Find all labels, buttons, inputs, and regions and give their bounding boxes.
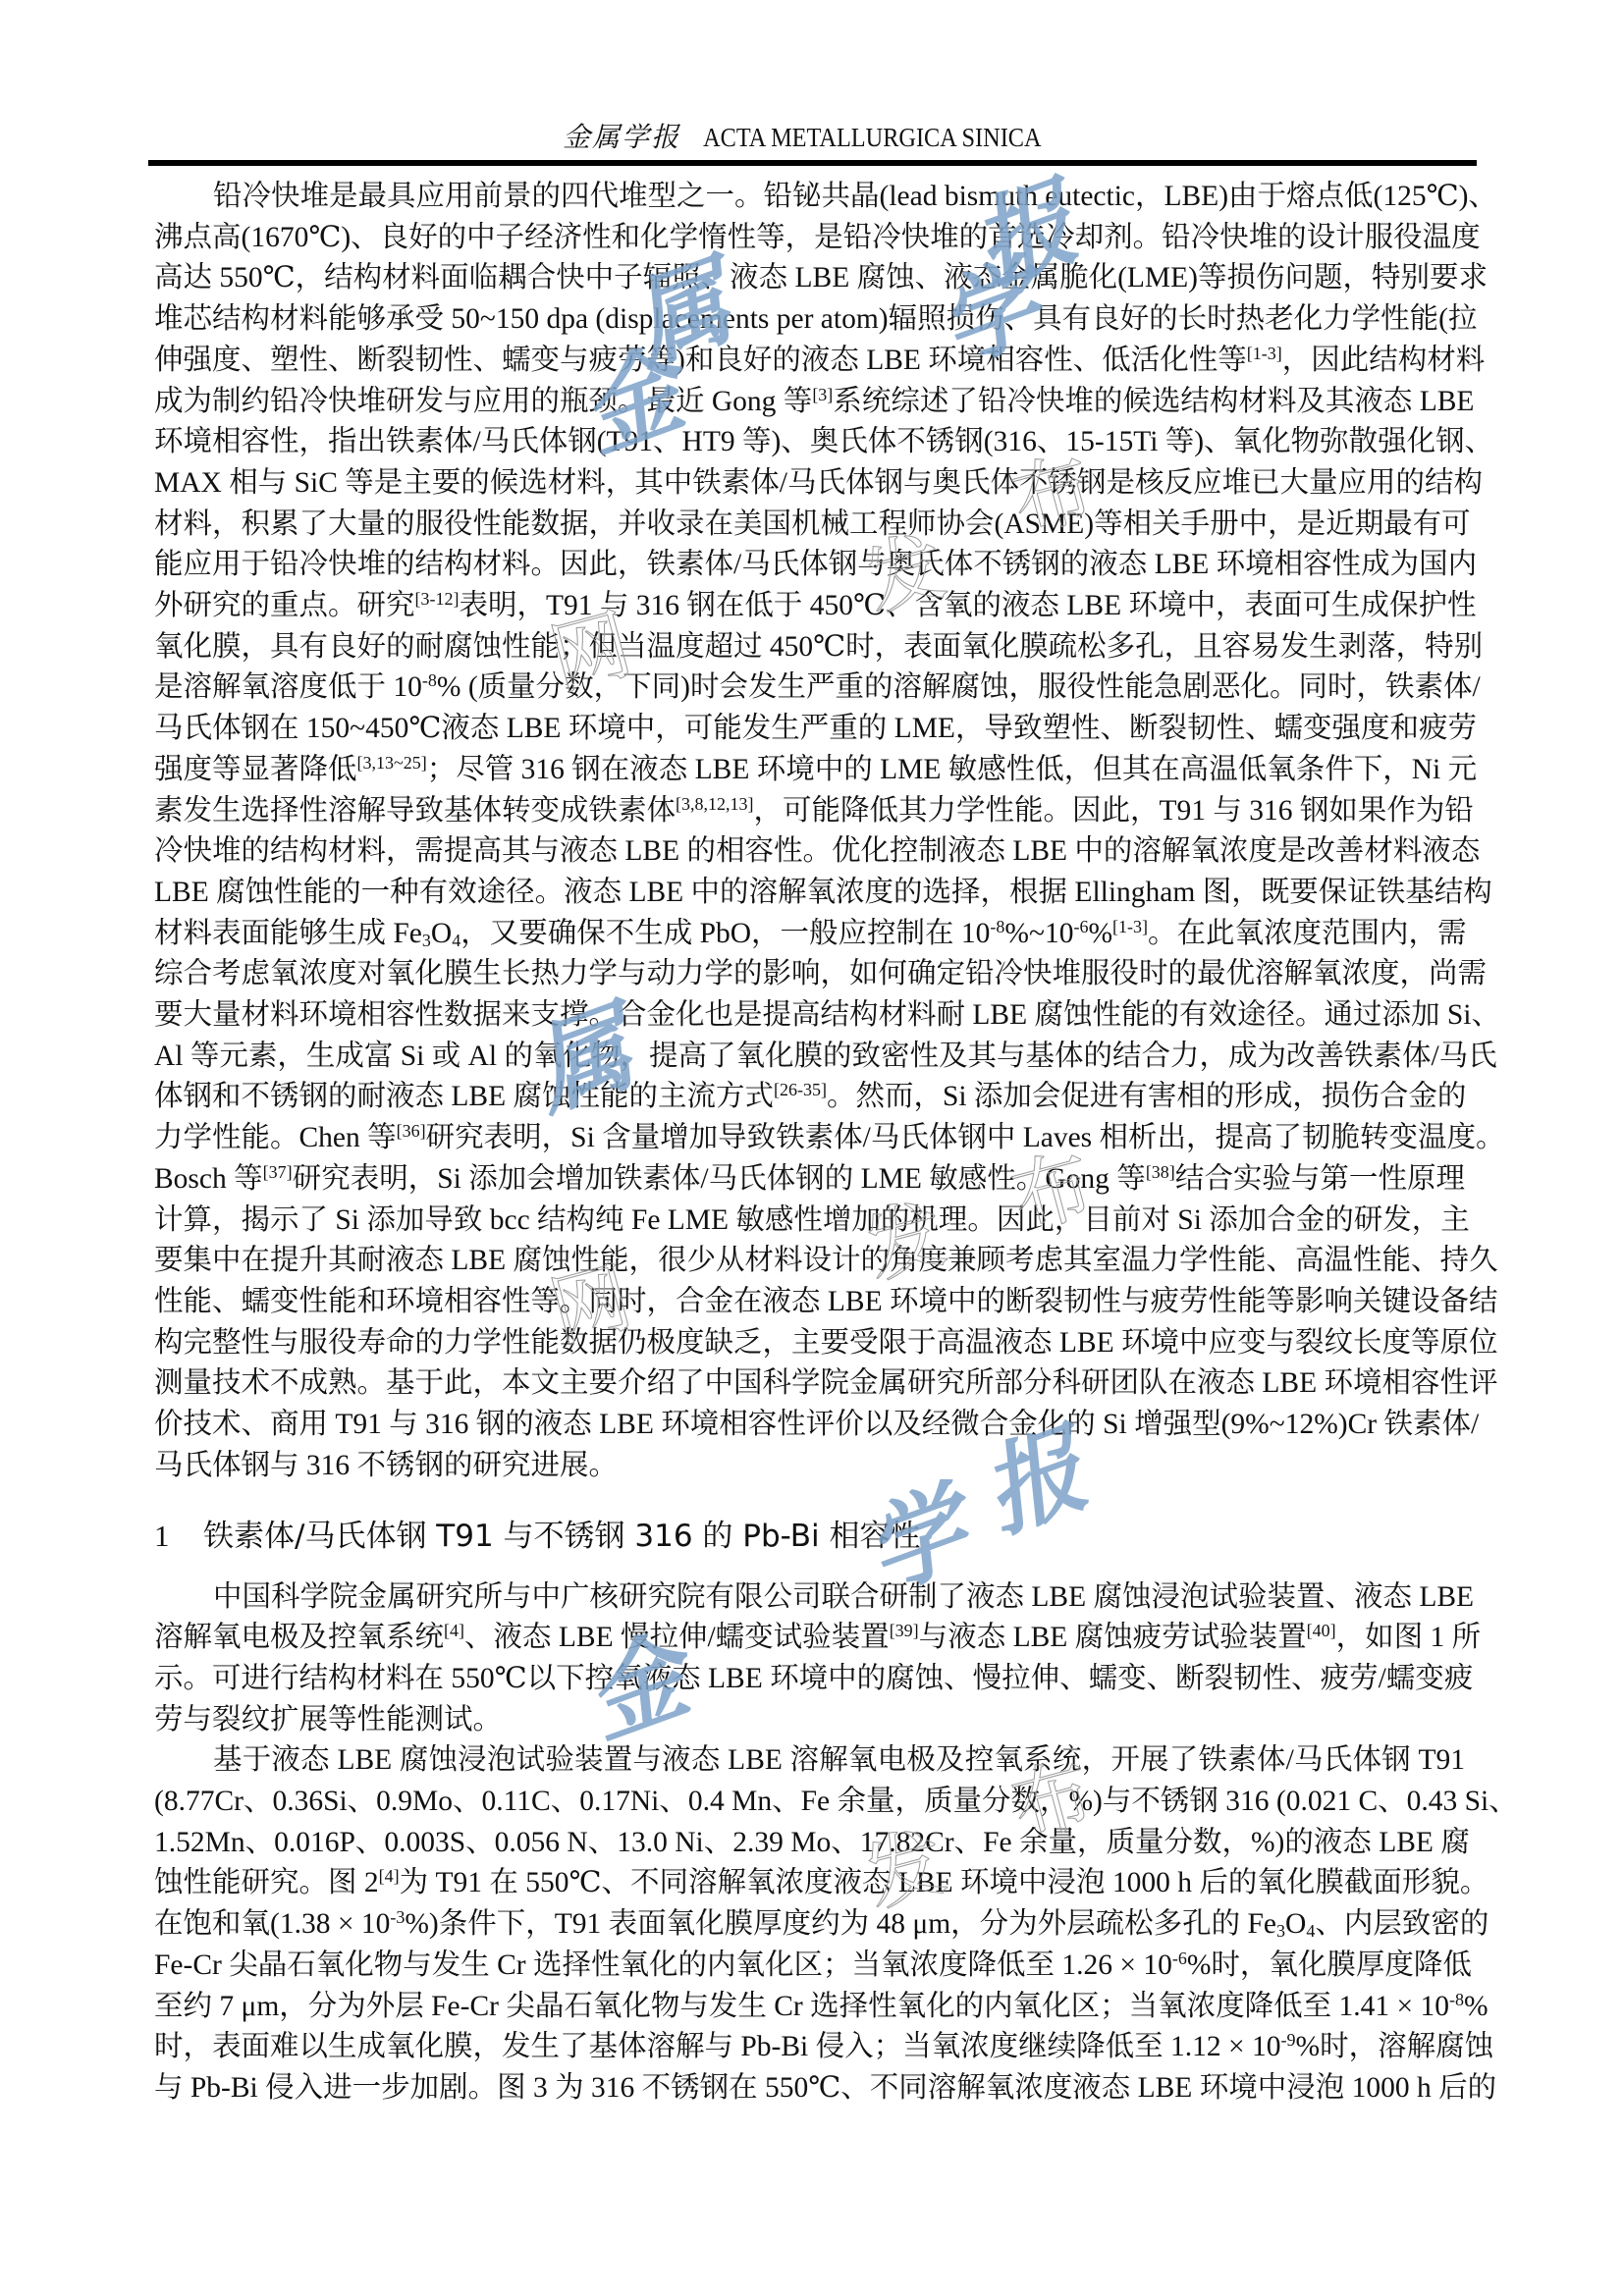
text-line: 成为制约铅冷快堆研发与应用的瓶颈。最近 Gong 等[3]系统综述了铅冷快堆的候… xyxy=(154,382,1465,423)
text-line: 马氏体钢在 150~450℃液态 LBE 环境中，可能发生严重的 LME，导致塑… xyxy=(154,709,1465,750)
article-body: 铅冷快堆是最具应用前景的四代堆型之一。铅铋共晶(lead bismuth eut… xyxy=(154,177,1465,2109)
text-line: 计算，揭示了 Si 添加导致 bcc 结构纯 Fe LME 敏感性增加的机理。因… xyxy=(154,1201,1465,1242)
text-line: Al 等元素，生成富 Si 或 Al 的氧化物，提高了氧化膜的致密性及其与基体的… xyxy=(154,1037,1465,1078)
citation[interactable]: [4] xyxy=(379,1866,400,1886)
citation[interactable]: [37] xyxy=(263,1162,293,1182)
text-line: 测量技术不成熟。基于此，本文主要介绍了中国科学院金属研究所部分科研团队在液态 L… xyxy=(154,1363,1465,1405)
text-line: 溶解氧电极及控氧系统[4]、液态 LBE 慢拉伸/蠕变试验装置[39]与液态 L… xyxy=(154,1618,1465,1659)
text-line: 能应用于铅冷快堆的结构材料。因此，铁素体/马氏体钢与奥氏体不锈钢的液态 LBE … xyxy=(154,545,1465,586)
text-line: 在饱和氧(1.38 × 10-3%)条件下，T91 表面氧化膜厚度约为 48 μ… xyxy=(154,1904,1465,1946)
text-line: 堆芯结构材料能够承受 50~150 dpa (displacements per… xyxy=(154,299,1465,341)
text-line: Bosch 等[37]研究表明，Si 添加会增加铁素体/马氏体钢的 LME 敏感… xyxy=(154,1159,1465,1201)
citation[interactable]: [1-3] xyxy=(1247,344,1282,363)
citation[interactable]: [1-3] xyxy=(1112,917,1148,936)
text-line: 至约 7 μm，分为外层 Fe-Cr 尖晶石氧化物与发生 Cr 选择性氧化的内氧… xyxy=(154,1987,1465,2028)
text-line: 要集中在提升其耐液态 LBE 腐蚀性能，很少从材料设计的角度兼顾考虑其室温力学性… xyxy=(154,1241,1465,1282)
text-line: 蚀性能研究。图 2[4]为 T91 在 550℃、不同溶解氧浓度液态 LBE 环… xyxy=(154,1863,1465,1904)
text-line: 要大量材料环境相容性数据来支撑。合金化也是提高结构材料耐 LBE 腐蚀性能的有效… xyxy=(154,995,1465,1037)
text-line: (8.77Cr、0.36Si、0.9Mo、0.11C、0.17Ni、0.4 Mn… xyxy=(154,1782,1465,1823)
citation[interactable]: [36] xyxy=(397,1121,426,1141)
text-line: 高达 550℃，结构材料面临耦合快中子辐照、液态 LBE 腐蚀、液态金属脆化(L… xyxy=(154,258,1465,299)
text-line: 素发生选择性溶解导致基体转变成铁素体[3,8,12,13]，可能降低其力学性能。… xyxy=(154,791,1465,832)
text-line: MAX 相与 SiC 等是主要的候选材料，其中铁素体/马氏体钢与奥氏体不锈钢是核… xyxy=(154,463,1465,505)
journal-header: 金属学报 ACTA METALLURGICA SINICA xyxy=(147,116,1476,155)
citation[interactable]: [39] xyxy=(890,1621,919,1640)
intro-paragraph: 铅冷快堆是最具应用前景的四代堆型之一。铅铋共晶(lead bismuth eut… xyxy=(154,177,1465,1487)
text-line: 构完整性与服役寿命的力学性能数据仍极度缺乏，主要受限于高温液态 LBE 环境中应… xyxy=(154,1323,1465,1364)
text-line: 基于液态 LBE 腐蚀浸泡试验装置与液态 LBE 溶解氧电极及控氧系统，开展了铁… xyxy=(154,1740,1465,1782)
citation[interactable]: [26-35] xyxy=(774,1080,827,1099)
citation[interactable]: [3-12] xyxy=(415,589,460,609)
header-rule xyxy=(148,160,1477,166)
text-line: 外研究的重点。研究[3-12]表明，T91 与 316 钢在低于 450℃、含氧… xyxy=(154,586,1465,627)
text-line: 劳与裂纹扩展等性能测试。 xyxy=(154,1700,1465,1741)
text-line: 综合考虑氧浓度对氧化膜生长热力学与动力学的影响，如何确定铅冷快堆服役时的最优溶解… xyxy=(154,954,1465,995)
text-line: 沸点高(1670℃)、良好的中子经济性和化学惰性等，是铅冷快堆的首选冷却剂。铅冷… xyxy=(154,218,1465,259)
paragraph-facilities: 中国科学院金属研究所与中广核研究院有限公司联合研制了液态 LBE 腐蚀浸泡试验装… xyxy=(154,1577,1465,1741)
text-line: 材料表面能够生成 Fe3O4，又要确保不生成 PbO，一般应控制在 10-8%~… xyxy=(154,914,1465,955)
citation[interactable]: [4] xyxy=(444,1621,464,1640)
text-line: 是溶解氧溶度低于 10-8% (质量分数，下同)时会发生严重的溶解腐蚀，服役性能… xyxy=(154,667,1465,709)
journal-title-cn: 金属学报 xyxy=(563,121,680,153)
text-line: 材料，积累了大量的服役性能数据，并收录在美国机械工程师协会(ASME)等相关手册… xyxy=(154,505,1465,546)
section-heading: 1铁素体/马氏体钢 T91 与不锈钢 316 的 Pb-Bi 相容性 xyxy=(154,1515,1465,1558)
text-line: 1.52Mn、0.016P、0.003S、0.056 N、13.0 Ni、2.3… xyxy=(154,1823,1465,1864)
text-line: 冷快堆的结构材料，需提高其与液态 LBE 的相容性。优化控制液态 LBE 中的溶… xyxy=(154,831,1465,873)
section-title: 铁素体/马氏体钢 T91 与不锈钢 316 的 Pb-Bi 相容性 xyxy=(203,1519,920,1554)
text-line: 体钢和不锈钢的耐液态 LBE 腐蚀性能的主流方式[26-35]。然而，Si 添加… xyxy=(154,1077,1465,1118)
text-line: 与 Pb-Bi 侵入进一步加剧。图 3 为 316 不锈钢在 550℃、不同溶解… xyxy=(154,2068,1465,2109)
text-line: 时，表面难以生成氧化膜，发生了基体溶解与 Pb-Bi 侵入；当氧浓度继续降低至 … xyxy=(154,2027,1465,2068)
text-line: 铅冷快堆是最具应用前景的四代堆型之一。铅铋共晶(lead bismuth eut… xyxy=(154,177,1465,218)
journal-title-en: ACTA METALLURGICA SINICA xyxy=(703,123,1041,153)
text-line: 价技术、商用 T91 与 316 钢的液态 LBE 环境相容性评价以及经微合金化… xyxy=(154,1405,1465,1446)
citation[interactable]: [3,13~25] xyxy=(357,753,427,773)
text-line: LBE 腐蚀性能的一种有效途径。液态 LBE 中的溶解氧浓度的选择，根据 Ell… xyxy=(154,873,1465,914)
text-line: 环境相容性，指出铁素体/马氏体钢(T91、HT9 等)、奥氏体不锈钢(316、1… xyxy=(154,422,1465,463)
text-line: 性能、蠕变性能和环境相容性等。同时，合金在液态 LBE 环境中的断裂韧性与疲劳性… xyxy=(154,1282,1465,1323)
citation[interactable]: [38] xyxy=(1146,1162,1175,1182)
section-number: 1 xyxy=(154,1515,203,1558)
paragraph-t91-316: 基于液态 LBE 腐蚀浸泡试验装置与液态 LBE 溶解氧电极及控氧系统，开展了铁… xyxy=(154,1740,1465,2109)
text-line: Fe-Cr 尖晶石氧化物与发生 Cr 选择性氧化的内氧化区；当氧浓度降低至 1.… xyxy=(154,1946,1465,1987)
text-line: 力学性能。Chen 等[36]研究表明，Si 含量增加导致铁素体/马氏体钢中 L… xyxy=(154,1118,1465,1159)
text-line: 氧化膜，具有良好的耐腐蚀性能；但当温度超过 450℃时，表面氧化膜疏松多孔，且容… xyxy=(154,627,1465,668)
text-line: 强度等显著降低[3,13~25]；尽管 316 钢在液态 LBE 环境中的 LM… xyxy=(154,750,1465,791)
text-line: 中国科学院金属研究所与中广核研究院有限公司联合研制了液态 LBE 腐蚀浸泡试验装… xyxy=(154,1577,1465,1619)
text-line: 伸强度、塑性、断裂韧性、蠕变与疲劳等)和良好的液态 LBE 环境相容性、低活化性… xyxy=(154,341,1465,382)
text-line: 示。可进行结构材料在 550℃以下控氧液态 LBE 环境中的腐蚀、慢拉伸、蠕变、… xyxy=(154,1659,1465,1700)
citation[interactable]: [40] xyxy=(1307,1621,1336,1640)
citation[interactable]: [3,8,12,13] xyxy=(676,794,754,814)
text-line: 马氏体钢与 316 不锈钢的研究进展。 xyxy=(154,1446,1465,1487)
citation[interactable]: [3] xyxy=(812,385,833,404)
